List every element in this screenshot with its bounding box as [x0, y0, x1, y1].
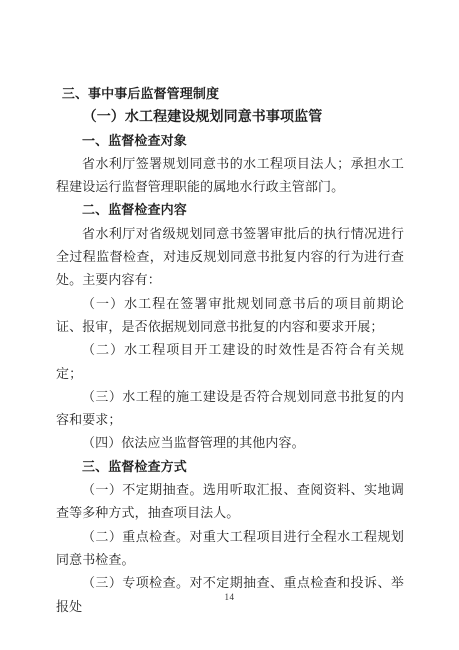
page-number: 14: [0, 592, 459, 602]
heading-level1-supervision-system: 三、事中事后监督管理制度: [56, 82, 404, 105]
heading-level3-inspection-content: 二、监督检查内容: [56, 198, 404, 221]
document-body: 三、事中事后监督管理制度 （一）水工程建设规划同意书事项监管 一、监督检查对象 …: [56, 82, 404, 618]
paragraph-inspection-targets: 省水利厅签署规划同意书的水工程项目法人；承担水工程建设运行监督管理职能的属地水行…: [56, 152, 404, 199]
paragraph-content-item-3: （三）水工程的施工建设是否符合规划同意书批复的内容和要求；: [56, 385, 404, 432]
paragraph-content-item-2: （二）水工程项目开工建设的时效性是否符合有关规定；: [56, 338, 404, 385]
paragraph-method-item-2: （二）重点检查。对重大工程项目进行全程水工程规划同意书检查。: [56, 525, 404, 572]
heading-level2-planning-consent: （一）水工程建设规划同意书事项监管: [56, 105, 404, 128]
paragraph-inspection-content-intro: 省水利厅对省级规划同意书签署审批后的执行情况进行全过程监督检查，对违反规划同意书…: [56, 222, 404, 292]
heading-level3-inspection-methods: 三、监督检查方式: [56, 455, 404, 478]
document-page: 三、事中事后监督管理制度 （一）水工程建设规划同意书事项监管 一、监督检查对象 …: [0, 0, 459, 650]
paragraph-method-item-1: （一）不定期抽查。选用听取汇报、查阅资料、实地调查等多种方式，抽查项目法人。: [56, 478, 404, 525]
heading-level3-inspection-targets: 一、监督检查对象: [56, 129, 404, 152]
paragraph-content-item-1: （一）水工程在签署审批规划同意书后的项目前期论证、报审，是否依据规划同意书批复的…: [56, 292, 404, 339]
paragraph-content-item-4: （四）依法应当监督管理的其他内容。: [56, 431, 404, 454]
